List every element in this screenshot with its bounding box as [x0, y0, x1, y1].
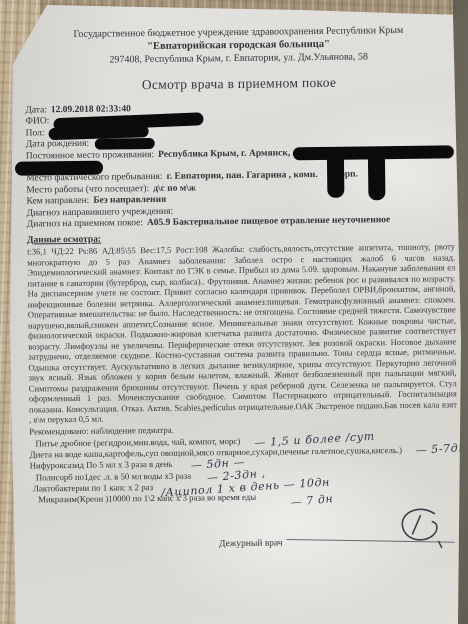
field-value: Республика Крым, г. Армянск,	[158, 148, 290, 161]
field-value: A05.9 Бактериальное пищевое отравление н…	[147, 215, 390, 229]
photo-background: Государственное бюджетное учреждение здр…	[0, 0, 468, 624]
field-label: ФИО:	[25, 117, 49, 129]
redaction-bar-building	[368, 151, 386, 200]
field-value: Без направления	[93, 195, 166, 207]
signature-zone	[286, 529, 454, 545]
field-value: д\с по м\ж	[153, 183, 196, 195]
recommendation-text: Рекомендовано: наблюдение педиатра.	[29, 425, 174, 438]
handwritten-annotation: — 5-7дн	[416, 442, 467, 456]
redaction-bar-room	[327, 152, 345, 198]
field-label: Кем направлен:	[26, 196, 89, 208]
redaction-bar-birthdate	[95, 138, 155, 150]
doctor-signature	[382, 504, 447, 557]
patient-info-block: Дата: 12.09.2018 02:33:40 ФИО: Пол: Дата…	[25, 100, 454, 231]
doc-header: Государственное бюджетное учреждение здр…	[24, 23, 453, 94]
field-value: г. Евпатория, пан. Гагарина , комн.	[166, 170, 317, 183]
doc-footer: Дежурный врач	[31, 529, 459, 551]
exam-section: Данные осмотра: t:36,1 ЧД:22 Ps:86 АД:85…	[27, 230, 458, 505]
duty-doctor-label: Дежурный врач	[219, 539, 283, 550]
doc-title: Осмотр врача в приемном покое	[25, 73, 453, 94]
field-label: Диагноз на приемном покое:	[27, 218, 143, 231]
document-content: Государственное бюджетное учреждение здр…	[0, 0, 468, 624]
handwritten-annotation: — 7 дн	[290, 493, 334, 508]
field-label: Пол:	[26, 128, 45, 140]
document-paper: Государственное бюджетное учреждение здр…	[0, 0, 468, 624]
recommendations-block: Рекомендовано: наблюдение педиатра. Пить…	[29, 421, 458, 505]
field-label: Дата:	[25, 105, 47, 117]
exam-body-text: t:36,1 ЧД:22 Ps:86 АД:85\55 Вес:17,5 Рос…	[27, 242, 457, 426]
field-label: Дата рождения:	[26, 139, 90, 151]
